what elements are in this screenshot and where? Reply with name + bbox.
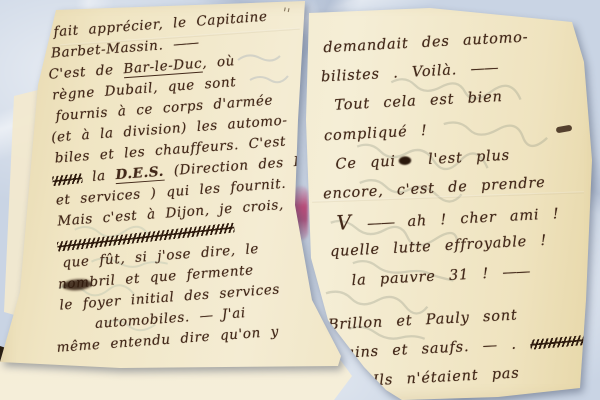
handwritten-text: —— <box>470 60 498 77</box>
handwritten-text: —— <box>367 215 395 232</box>
photo-scene: fait apprécier, le CapitaineBarbet-Massi… <box>0 0 600 400</box>
ink-blot <box>399 156 412 166</box>
handwritten-text: sains et saufs. — . <box>337 336 530 362</box>
right-page-lines: demandait des automo-bilistes . Voilà. —… <box>313 22 581 395</box>
ink-scribble <box>530 335 587 350</box>
handwritten-text: quelle lutte effroyable ! <box>330 233 548 260</box>
handwritten-text: demandait des automo- <box>323 30 529 57</box>
handwritten-text: Ils n'étaient pas <box>373 366 520 390</box>
handwritten-text: l'est plus <box>414 147 510 168</box>
right-page-paper: demandait des automo-bilistes . Voilà. —… <box>0 0 600 400</box>
handwritten-text: Tout cela est bien <box>334 89 503 114</box>
handwritten-text: Brillon et Pauly sont <box>328 307 518 333</box>
handwritten-text: Ce qui <box>335 153 396 172</box>
handwritten-text: V <box>336 209 368 235</box>
handwritten-text: encore, c'est de prendre <box>323 175 546 203</box>
right-manuscript-page: demandait des automo-bilistes . Voilà. —… <box>0 0 600 400</box>
handwritten-text: —— <box>502 263 530 280</box>
handwritten-text: compliqué ! <box>324 122 428 143</box>
handwritten-text: la pauvre 31 ! <box>351 265 503 289</box>
handwritten-text: bilistes . Voilà. <box>321 62 471 86</box>
